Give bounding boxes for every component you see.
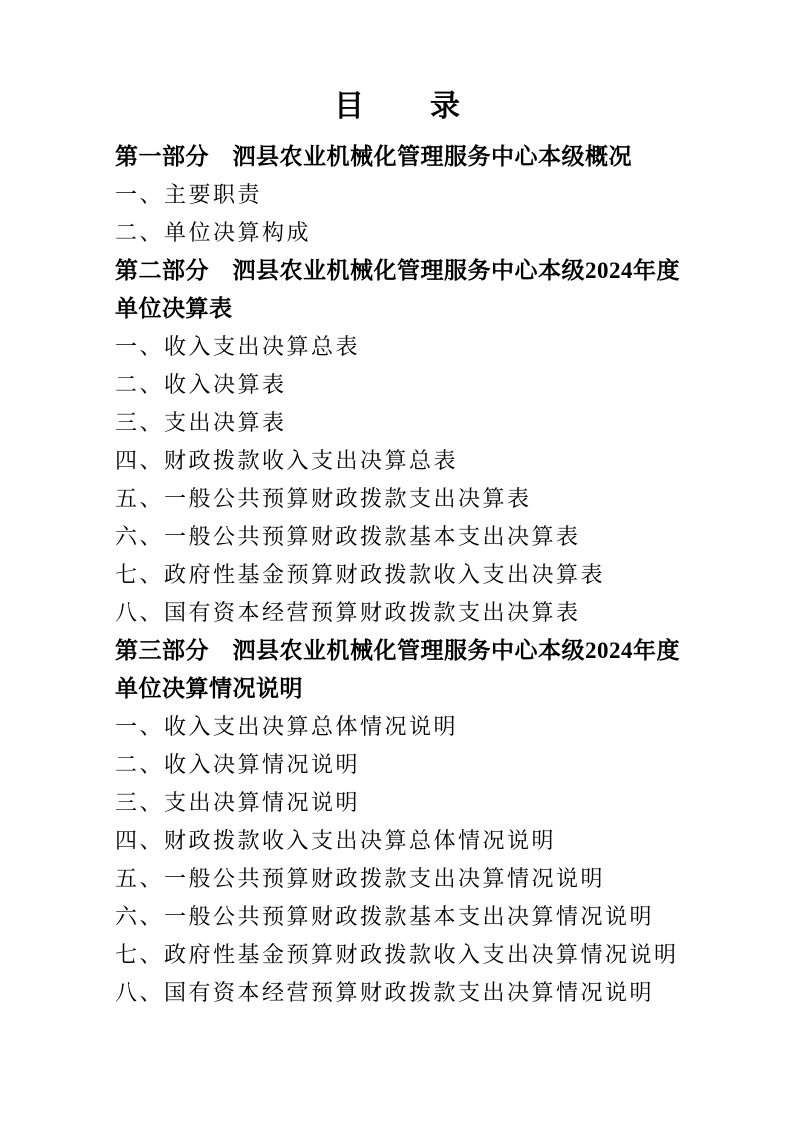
toc-item: 二、单位决算构成 [115,214,681,252]
toc-item: 二、收入决算情况说明 [115,746,681,784]
document-page: 目 录 第一部分 泗县农业机械化管理服务中心本级概况 一、主要职责 二、单位决算… [0,0,794,1122]
section-part1-heading: 第一部分 泗县农业机械化管理服务中心本级概况 [115,138,681,176]
toc-item: 三、支出决算情况说明 [115,784,681,822]
toc-item: 七、政府性基金预算财政拨款收入支出决算表 [115,556,681,594]
toc-section-part3: 第三部分 泗县农业机械化管理服务中心本级2024年度 单位决算情况说明 一、收入… [115,632,681,1012]
toc-item: 七、政府性基金预算财政拨款收入支出决算情况说明 [115,936,681,974]
toc-item: 五、一般公共预算财政拨款支出决算情况说明 [115,860,681,898]
toc-item: 八、国有资本经营预算财政拨款支出决算情况说明 [115,974,681,1012]
toc-item: 八、国有资本经营预算财政拨款支出决算表 [115,594,681,632]
section-part2-heading: 第二部分 泗县农业机械化管理服务中心本级2024年度 单位决算表 [115,252,681,328]
toc-item: 六、一般公共预算财政拨款基本支出决算情况说明 [115,898,681,936]
toc-item: 四、财政拨款收入支出决算总体情况说明 [115,822,681,860]
toc-section-part1: 第一部分 泗县农业机械化管理服务中心本级概况 一、主要职责 二、单位决算构成 [115,138,681,252]
toc-item: 一、主要职责 [115,176,681,214]
page-title: 目 录 [115,86,681,128]
toc-item: 四、财政拨款收入支出决算总表 [115,442,681,480]
toc-item: 六、一般公共预算财政拨款基本支出决算表 [115,518,681,556]
toc-content: 目 录 第一部分 泗县农业机械化管理服务中心本级概况 一、主要职责 二、单位决算… [115,86,681,1012]
toc-item: 二、收入决算表 [115,366,681,404]
toc-item: 一、收入支出决算总表 [115,328,681,366]
toc-section-part2: 第二部分 泗县农业机械化管理服务中心本级2024年度 单位决算表 一、收入支出决… [115,252,681,632]
section-part3-heading: 第三部分 泗县农业机械化管理服务中心本级2024年度 单位决算情况说明 [115,632,681,708]
toc-item: 一、收入支出决算总体情况说明 [115,708,681,746]
toc-item: 三、支出决算表 [115,404,681,442]
toc-item: 五、一般公共预算财政拨款支出决算表 [115,480,681,518]
